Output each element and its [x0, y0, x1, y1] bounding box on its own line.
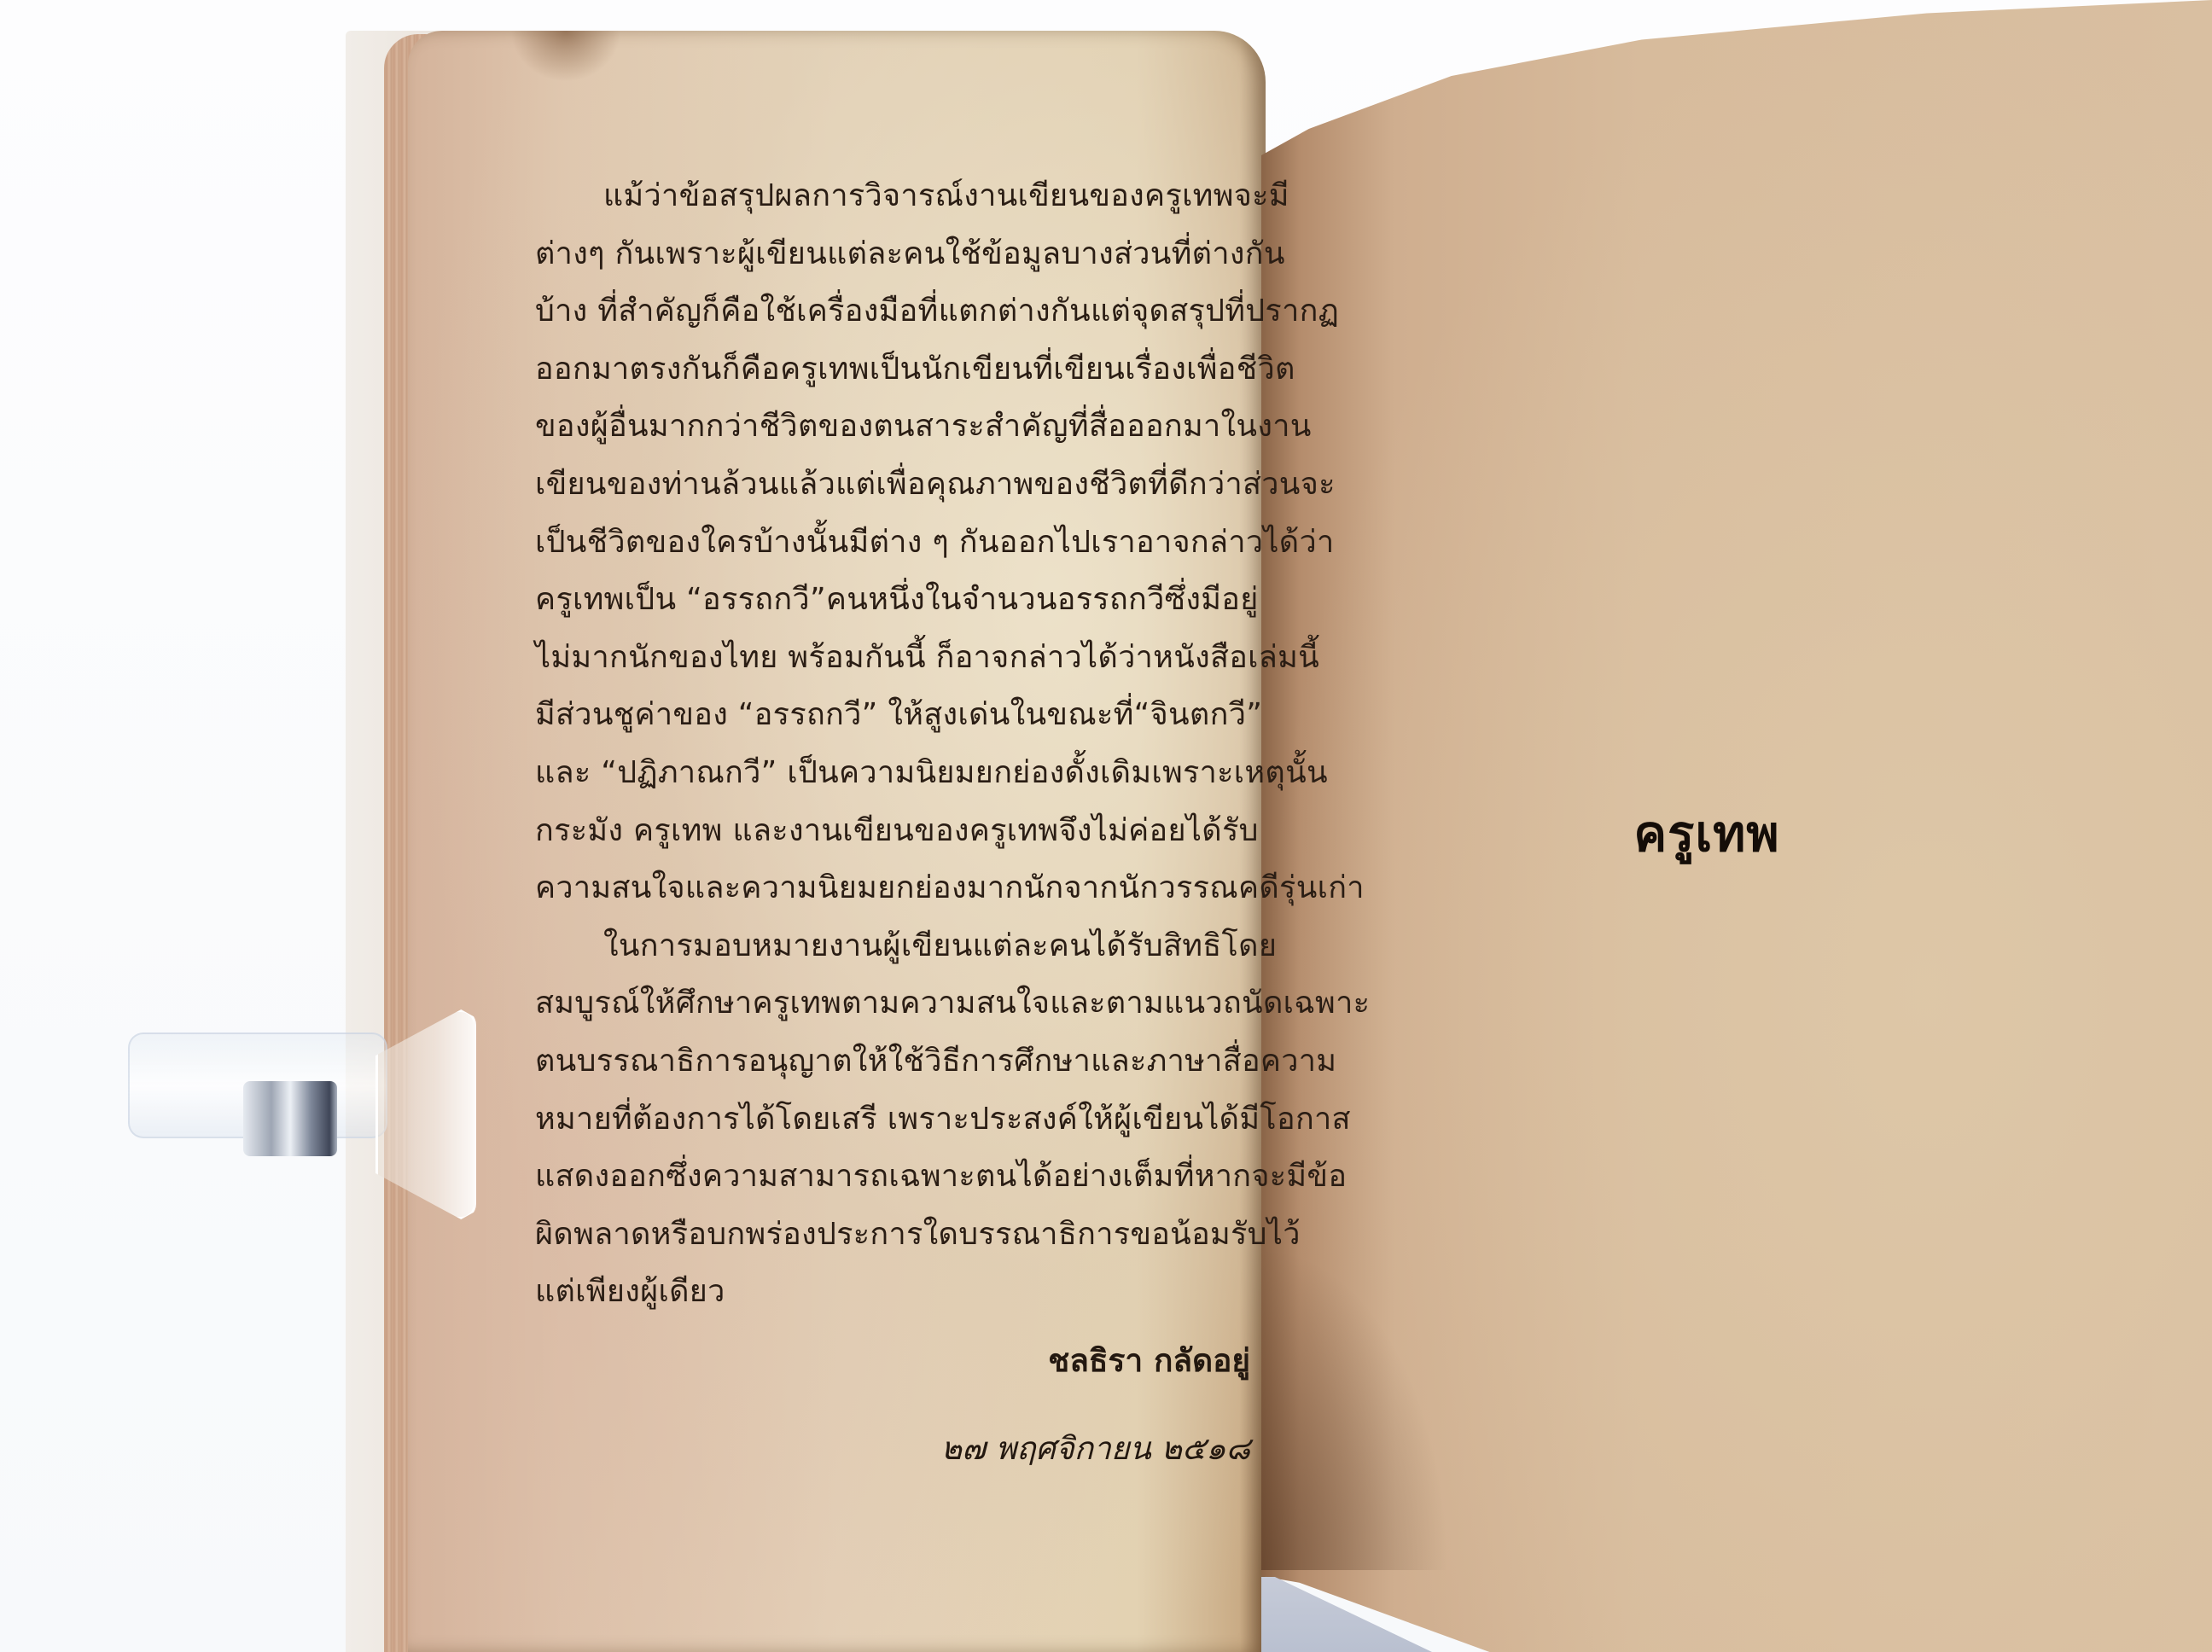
text-segment: หนังสือเล่มนี้	[1153, 629, 1319, 687]
text-line: แม้ว่า ข้อสรุปผลการวิจารณ์งานเขียนของครู…	[535, 167, 1256, 225]
text-line: บ้าง ที่สำคัญก็คือใช้เครื่องมือที่แตกต่า…	[535, 282, 1256, 340]
text-segment: เป็นชีวิตของใครบ้างนั้นมีต่าง ๆ กันออกไป	[535, 514, 1091, 572]
text-segment: ความสนใจและความนิยมยกย่องมากนักจากนักวรร…	[535, 859, 1365, 917]
text-segment: จึงไม่ค่อยได้รับ	[1058, 802, 1258, 860]
text-segment: สาระสำคัญที่สื่อออกมาในงาน	[915, 398, 1312, 456]
text-line: หมายที่ต้องการได้โดยเสรี เพราะประสงค์ให้…	[535, 1091, 1256, 1149]
text-segment: ครูเทพเป็น “อรรถกวี”	[535, 571, 826, 629]
section-title: ครูเทพ	[1587, 794, 1826, 873]
book-photo-scene: แม้ว่า ข้อสรุปผลการวิจารณ์งานเขียนของครู…	[0, 0, 2212, 1652]
editor-signature: ชลธิรา กลัดอยู่	[853, 1335, 1250, 1386]
text-segment: เขียนของท่านล้วนแล้วแต่เพื่อคุณภาพของชีว…	[535, 456, 1243, 514]
text-segment: ส่วนจะ	[1243, 456, 1336, 514]
text-segment: ต่างๆ กัน	[535, 225, 655, 283]
text-segment: ผู้เขียนแต่ละคนได้รับสิทธิโดย	[882, 917, 1277, 975]
text-segment: เพราะเหตุนั้น	[1151, 744, 1328, 802]
text-segment: เป็นนักเขียนที่เขียนเรื่องเพื่อชีวิต	[870, 340, 1295, 398]
text-line: และ “ปฏิภาณกวี” เป็นความนิยมยกย่องดั้งเด…	[535, 744, 1256, 802]
clip-metal-hinge	[243, 1081, 337, 1156]
text-line: มีส่วนชูค่าของ “อรรถกวี” ให้สูงเด่นในขณะ…	[535, 686, 1256, 744]
text-segment: แต่เพียงผู้เดียว	[535, 1263, 725, 1321]
text-line: แสดงออกซึ่งความสามารถเฉพาะตนได้อย่างเต็ม…	[535, 1148, 1256, 1206]
text-segment: แต่จุดสรุปที่ปรากฏ	[1091, 282, 1339, 340]
text-line: ความสนใจและความนิยมยกย่องมากนักจากนักวรร…	[535, 859, 1256, 917]
text-segment: สมบูรณ์ให้ศึกษาครูเทพตามความสนใจและตามแน…	[535, 974, 1370, 1032]
text-segment: เพราะผู้เขียนแต่ละคนใช้ข้อมูลบางส่วนที่ต…	[655, 225, 1284, 283]
text-segment: “จินตกวี”	[1134, 686, 1263, 744]
text-segment: ผิดพลาดหรือบกพร่องประการใด	[535, 1206, 958, 1264]
page-clip	[128, 964, 469, 1160]
text-segment: บ้าง ที่สำคัญก็คือใช้เครื่องมือที่แตกต่า…	[535, 282, 1091, 340]
left-page-body-text: แม้ว่า ข้อสรุปผลการวิจารณ์งานเขียนของครู…	[535, 167, 1256, 1321]
text-line: ตน บรรณาธิการอนุญาตให้ใช้วิธีการศึกษาและ…	[535, 1032, 1256, 1091]
text-segment: เราอาจกล่าวได้ว่า	[1091, 514, 1334, 572]
signature-date: ๒๗ พฤศจิกายน ๒๕๑๘	[802, 1423, 1250, 1474]
text-segment: ของผู้อื่นมากกว่าชีวิตของตน	[535, 398, 915, 456]
text-line: เป็นชีวิตของใครบ้างนั้นมีต่าง ๆ กันออกไป…	[535, 514, 1256, 572]
text-line: กระมัง ครูเทพ และงานเขียนของครูเทพ จึงไม…	[535, 802, 1256, 860]
text-segment: ข้อสรุปผลการวิจารณ์งานเขียนของครูเทพจะมี	[679, 167, 1289, 225]
text-line: ของผู้อื่นมากกว่าชีวิตของตน สาระสำคัญที่…	[535, 398, 1256, 456]
text-line: แต่เพียงผู้เดียว	[535, 1263, 1256, 1321]
text-segment: แม้ว่า	[603, 167, 679, 225]
text-segment: ออกมาตรงกันก็คือครูเทพ	[535, 340, 870, 398]
text-line: ต่างๆ กัน เพราะผู้เขียนแต่ละคนใช้ข้อมูลบ…	[535, 225, 1256, 283]
text-line: เขียนของท่านล้วนแล้วแต่เพื่อคุณภาพของชีว…	[535, 456, 1256, 514]
text-line: ไม่มากนักของไทย พร้อมกันนี้ ก็อาจกล่าวได…	[535, 629, 1256, 687]
text-segment: ตน	[535, 1032, 577, 1091]
text-segment: หากจะมีข้อ	[1195, 1148, 1348, 1206]
text-segment: กระมัง ครูเทพ และงานเขียนของครูเทพ	[535, 802, 1058, 860]
text-line: ในการมอบหมายงาน ผู้เขียนแต่ละคนได้รับสิท…	[535, 917, 1256, 975]
text-line: ผิดพลาดหรือบกพร่องประการใด บรรณาธิการขอน…	[535, 1206, 1256, 1264]
text-segment: บรรณาธิการอนุญาตให้ใช้วิธีการศึกษาและภาษ…	[577, 1032, 1337, 1091]
text-line: ออกมาตรงกันก็คือครูเทพ เป็นนักเขียนที่เข…	[535, 340, 1256, 398]
text-segment: มีส่วนชูค่าของ “อรรถกวี” ให้สูงเด่นในขณะ…	[535, 686, 1134, 744]
text-line: ครูเทพเป็น “อรรถกวี” คนหนึ่งในจำนวนอรรถก…	[535, 571, 1256, 629]
text-segment: คนหนึ่งในจำนวนอรรถกวีซึ่งมีอยู่	[826, 571, 1259, 629]
text-line: สมบูรณ์ให้ศึกษาครูเทพตามความสนใจและตามแน…	[535, 974, 1256, 1032]
text-segment: แสดงออกซึ่งความสามารถเฉพาะตนได้อย่างเต็ม…	[535, 1148, 1195, 1206]
text-segment: บรรณาธิการขอน้อมรับไว้	[958, 1206, 1301, 1264]
text-segment: หมายที่ต้องการได้โดยเสรี เพราะประสงค์ให้…	[535, 1091, 1351, 1149]
text-segment: ไม่มากนักของไทย พร้อมกันนี้ ก็อาจกล่าวได…	[535, 629, 1153, 687]
text-segment: ในการมอบหมายงาน	[603, 917, 882, 975]
text-segment: และ “ปฏิภาณกวี” เป็นความนิยมยกย่องดั้งเด…	[535, 744, 1151, 802]
